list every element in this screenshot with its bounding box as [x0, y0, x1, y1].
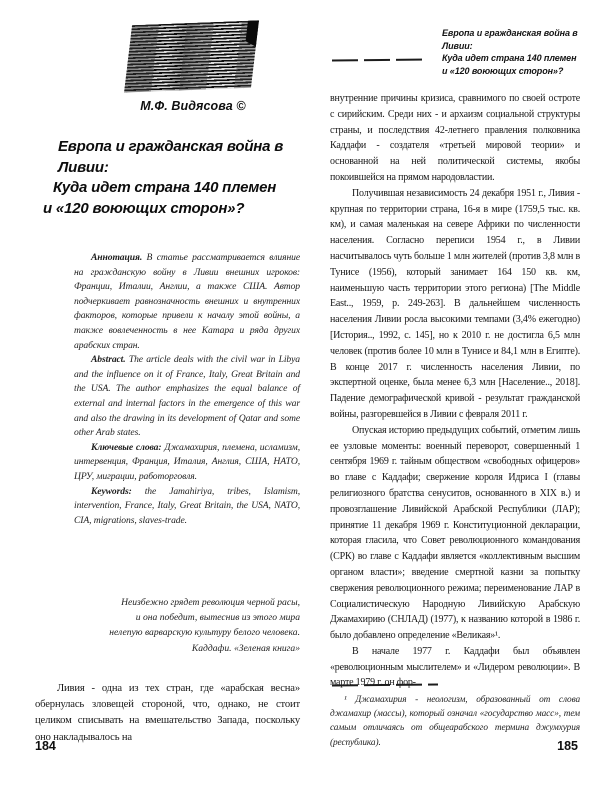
- article-title: Европа и гражданская война в Ливии: Куда…: [35, 137, 300, 219]
- article-title-line: и «120 воюющих сторон»?: [35, 199, 300, 220]
- body-paragraph: внутренние причины кризиса, сравнимого п…: [330, 91, 580, 186]
- page-left: М.Ф. Видясова © Европа и гражданская вой…: [35, 0, 300, 800]
- running-head: Европа и гражданская война в Ливии: Куда…: [442, 27, 582, 77]
- article-title-line: Европа и гражданская война в Ливии:: [35, 137, 300, 178]
- annotation-text: В статье рассматривается влияние на граж…: [74, 252, 300, 351]
- abstract-paragraph: Abstract. The article deals with the civ…: [74, 353, 300, 441]
- footnote: ¹ Джамахирия - неологизм, образованный о…: [330, 693, 580, 750]
- running-head-line: и «120 воюющих сторон»?: [442, 65, 582, 78]
- running-head-line: Куда идет страна 140 племен: [442, 52, 582, 65]
- epigraph-line: Неизбежно грядет революция черной расы,: [60, 595, 300, 610]
- epigraph-line: нелепую варварскую культуру белого челов…: [60, 625, 300, 640]
- redacted-photo: [124, 20, 259, 92]
- body-text: внутренние причины кризиса, сравнимого п…: [330, 91, 580, 691]
- running-head-rule: [332, 58, 428, 61]
- keywords-ru-paragraph: Ключевые слова: Джамахирия, племена, исл…: [74, 441, 300, 485]
- keywords-ru-label: Ключевые слова:: [91, 442, 161, 453]
- body-paragraph: Ливия - одна из тех стран, где «арабская…: [35, 681, 300, 746]
- page-right: Европа и гражданская война в Ливии: Куда…: [330, 0, 580, 800]
- body-paragraph: Получившая независимость 24 декабря 1951…: [330, 186, 580, 423]
- annotation-paragraph: Аннотация. В статье рассматривается влия…: [74, 251, 300, 353]
- keywords-en-label: Keywords:: [91, 486, 132, 497]
- article-title-line: Куда идет страна 140 племен: [35, 178, 300, 199]
- author-name: М.Ф. Видясова ©: [103, 99, 283, 113]
- photo-scan-noise: [124, 20, 259, 92]
- body-paragraph: Опуская историю предыдущих событий, отме…: [330, 423, 580, 644]
- epigraph: Неизбежно грядет революция черной расы, …: [60, 595, 300, 656]
- epigraph-line: и она победит, вытеснив из этого мира: [60, 610, 300, 625]
- page-number-left: 184: [35, 739, 56, 753]
- abstract-text: The article deals with the civil war in …: [74, 354, 300, 438]
- abstract-block: Аннотация. В статье рассматривается влия…: [74, 251, 300, 528]
- abstract-label: Abstract.: [91, 354, 126, 365]
- keywords-en-paragraph: Keywords: the Jamahiriya, tribes, Islami…: [74, 485, 300, 529]
- footnote-text: ¹ Джамахирия - неологизм, образованный о…: [330, 693, 580, 750]
- page-number-right: 185: [557, 739, 578, 753]
- lead-paragraph-block: Ливия - одна из тех стран, где «арабская…: [35, 681, 300, 746]
- running-head-line: Европа и гражданская война в Ливии:: [442, 27, 582, 52]
- epigraph-attribution: Каддафи. «Зеленая книга»: [60, 641, 300, 656]
- annotation-label: Аннотация.: [91, 252, 142, 263]
- scanned-article-spread: М.Ф. Видясова © Европа и гражданская вой…: [0, 0, 600, 800]
